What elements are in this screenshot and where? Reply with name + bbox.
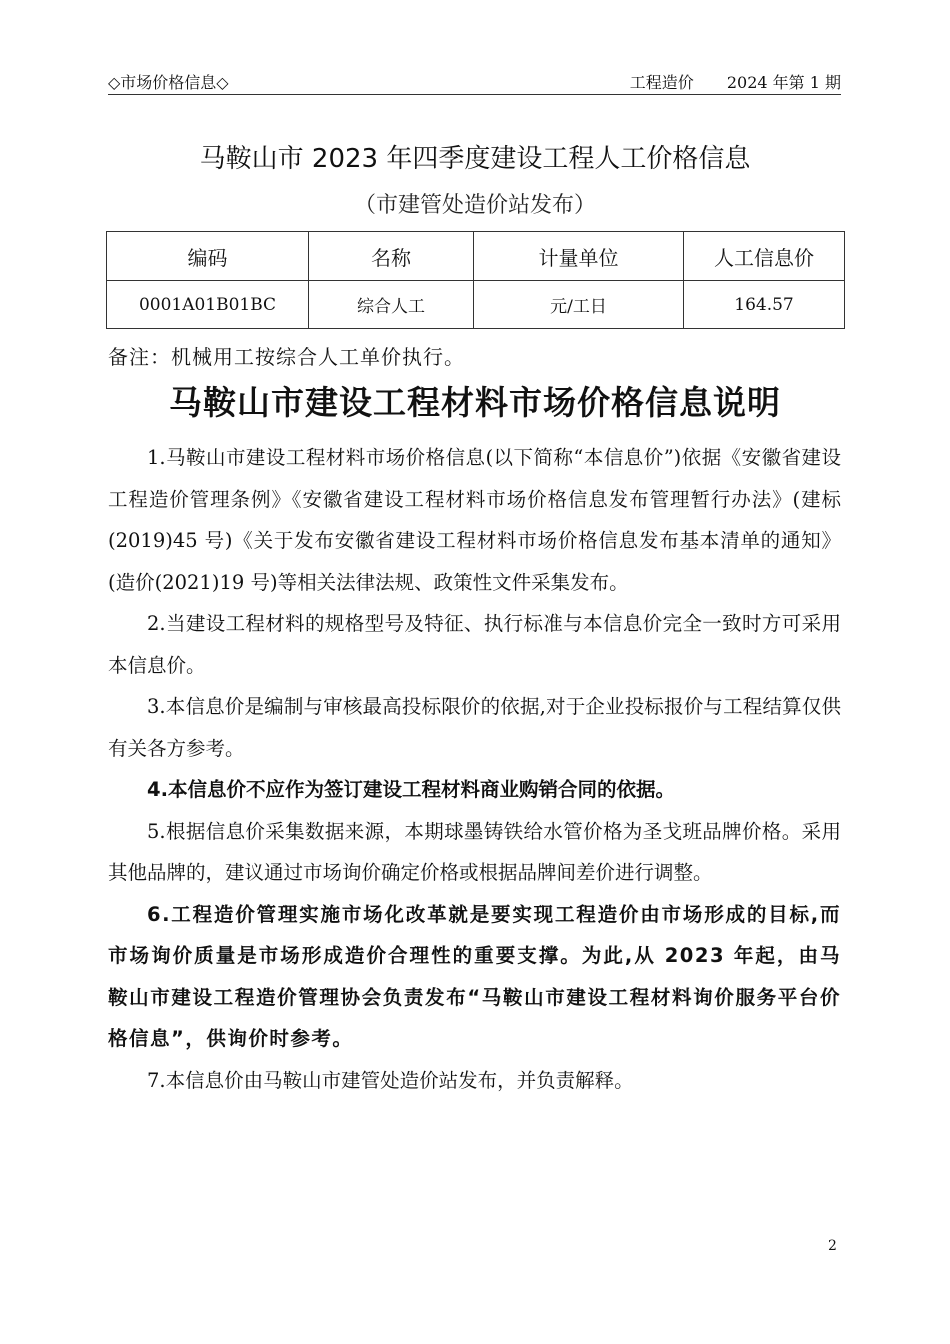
cell-price: 164.57 [684, 281, 845, 329]
column-header-price: 人工信息价 [684, 232, 845, 281]
labor-price-title: 马鞍山市 2023 年四季度建设工程人工价格信息 [0, 138, 950, 175]
explanation-title: 马鞍山市建设工程材料市场价格信息说明 [0, 377, 950, 424]
paragraph-4: 4.本信息价不应作为签订建设工程材料商业购销合同的依据。 [108, 769, 841, 811]
cell-name: 综合人工 [309, 281, 474, 329]
labor-note: 备注：机械用工按综合人工单价执行。 [108, 341, 465, 370]
cell-code: 0001A01B01BC [107, 281, 309, 329]
page-number: 2 [828, 1238, 837, 1254]
paragraph-1: 1.马鞍山市建设工程材料市场价格信息(以下简称“本信息价”)依据《安徽省建设工程… [108, 437, 841, 603]
header-issue: 2024 年第 1 期 [727, 73, 841, 92]
column-header-name: 名称 [309, 232, 474, 281]
column-header-code: 编码 [107, 232, 309, 281]
paragraph-5: 5.根据信息价采集数据来源，本期球墨铸铁给水管价格为圣戈班品牌价格。采用其他品牌… [108, 811, 841, 894]
explanation-body: 1.马鞍山市建设工程材料市场价格信息(以下简称“本信息价”)依据《安徽省建设工程… [108, 437, 841, 1101]
paragraph-6: 6.工程造价管理实施市场化改革就是要实现工程造价由市场形成的目标,而市场询价质量… [108, 894, 841, 1060]
cell-unit: 元/工日 [474, 281, 684, 329]
table-row: 0001A01B01BC 综合人工 元/工日 164.57 [107, 281, 845, 329]
header-section-label: ◇市场价格信息◇ [108, 70, 229, 93]
table-header-row: 编码 名称 计量单位 人工信息价 [107, 232, 845, 281]
labor-price-table: 编码 名称 计量单位 人工信息价 0001A01B01BC 综合人工 元/工日 … [106, 231, 845, 329]
paragraph-2: 2.当建设工程材料的规格型号及特征、执行标准与本信息价完全一致时方可采用本信息价… [108, 603, 841, 686]
labor-price-subtitle: （市建管处造价站发布） [0, 188, 950, 219]
page-header: ◇市场价格信息◇ 工程造价 2024 年第 1 期 [108, 64, 841, 95]
column-header-unit: 计量单位 [474, 232, 684, 281]
header-publication: 工程造价 [630, 73, 694, 92]
header-publication-info: 工程造价 2024 年第 1 期 [602, 70, 841, 93]
paragraph-3: 3.本信息价是编制与审核最高投标限价的依据,对于企业投标报价与工程结算仅供有关各… [108, 686, 841, 769]
paragraph-7: 7.本信息价由马鞍山市建管处造价站发布，并负责解释。 [108, 1060, 841, 1102]
